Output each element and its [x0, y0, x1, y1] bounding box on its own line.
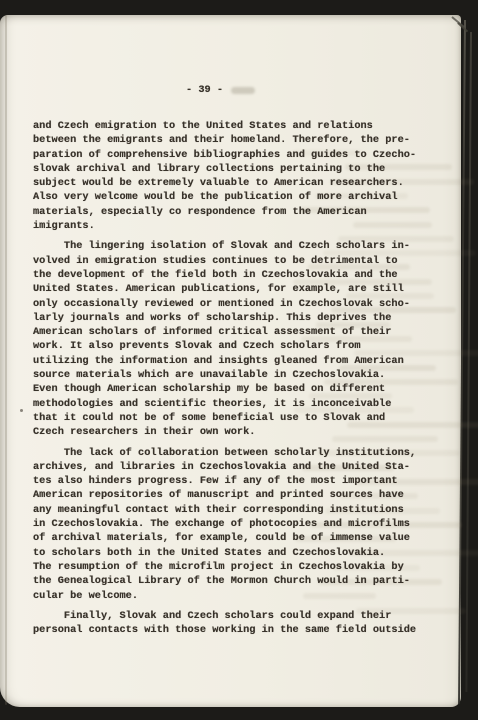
text-line: paration of comprehensive bibliographies… — [33, 148, 443, 162]
text-line: methodologies and scientific theories, i… — [33, 397, 443, 411]
text-line: larly journals and works of scholarship.… — [33, 311, 443, 325]
text-line: only occasionally reviewed or mentioned … — [33, 297, 443, 311]
text-line: materials, especially co respondence fro… — [33, 205, 443, 219]
paragraph: The lack of collaboration between schola… — [33, 446, 443, 603]
text-line: between the emigrants and their homeland… — [33, 133, 443, 147]
text-line: The lingering isolation of Slovak and Cz… — [33, 239, 443, 253]
book-fore-edge-line — [465, 32, 471, 692]
text-line: the Genealogical Library of the Mormon C… — [33, 574, 443, 588]
text-line: archives, and libraries in Czechoslovaki… — [33, 460, 443, 474]
text-line: subject would be extremely valuable to A… — [33, 176, 443, 190]
text-line: United States. American publications, fo… — [33, 282, 443, 296]
text-line: utilizing the information and insights g… — [33, 354, 443, 368]
text-line: imigrants. — [33, 219, 443, 233]
page-gutter-shadow — [5, 15, 7, 705]
text-line: to scholars both in the United States an… — [33, 546, 443, 560]
text-line: cular be welcome. — [33, 589, 443, 603]
text-line: any meaningful contact with their corres… — [33, 503, 443, 517]
text-line: The lack of collaboration between schola… — [33, 446, 443, 460]
text-line: source materials which are unavailable i… — [33, 368, 443, 382]
text-line: volved in emigration studies continues t… — [33, 254, 443, 268]
text-line: Even though American scholarship my be b… — [33, 382, 443, 396]
ink-smudge — [231, 87, 255, 94]
paragraph: The lingering isolation of Slovak and Cz… — [33, 239, 443, 439]
text-line: Finally, Slovak and Czech scholars could… — [33, 609, 443, 623]
text-line: Czech researchers in their own work. — [33, 425, 443, 439]
text-line: and Czech emigration to the United State… — [33, 119, 443, 133]
text-line: slovak archival and library collections … — [33, 162, 443, 176]
text-line: of archival materials, for example, coul… — [33, 531, 443, 545]
text-line: personal contacts with those working in … — [33, 623, 443, 637]
text-line: American repositories of manuscript and … — [33, 488, 443, 502]
text-line: The resumption of the microfilm project … — [33, 560, 443, 574]
paragraph: Finally, Slovak and Czech scholars could… — [33, 609, 443, 638]
text-line: American scholars of informed critical a… — [33, 325, 443, 339]
text-line: in Czechoslovakia. The exchange of photo… — [33, 517, 443, 531]
typewritten-body: and Czech emigration to the United State… — [33, 119, 443, 637]
text-line: Also very welcome would be the publicati… — [33, 190, 443, 204]
scanned-page-photo: - 39 - and Czech emigration to the Unite… — [0, 0, 478, 720]
text-line: the development of the field both in Cze… — [33, 268, 443, 282]
text-line: that it could not be of some beneficial … — [33, 411, 443, 425]
margin-dot-mark — [20, 409, 23, 412]
paragraph: and Czech emigration to the United State… — [33, 119, 443, 233]
text-line: work. It also prevents Slovak and Czech … — [33, 339, 443, 353]
page-number: - 39 - — [186, 83, 223, 97]
text-line: tes also hinders progress. Few if any of… — [33, 474, 443, 488]
